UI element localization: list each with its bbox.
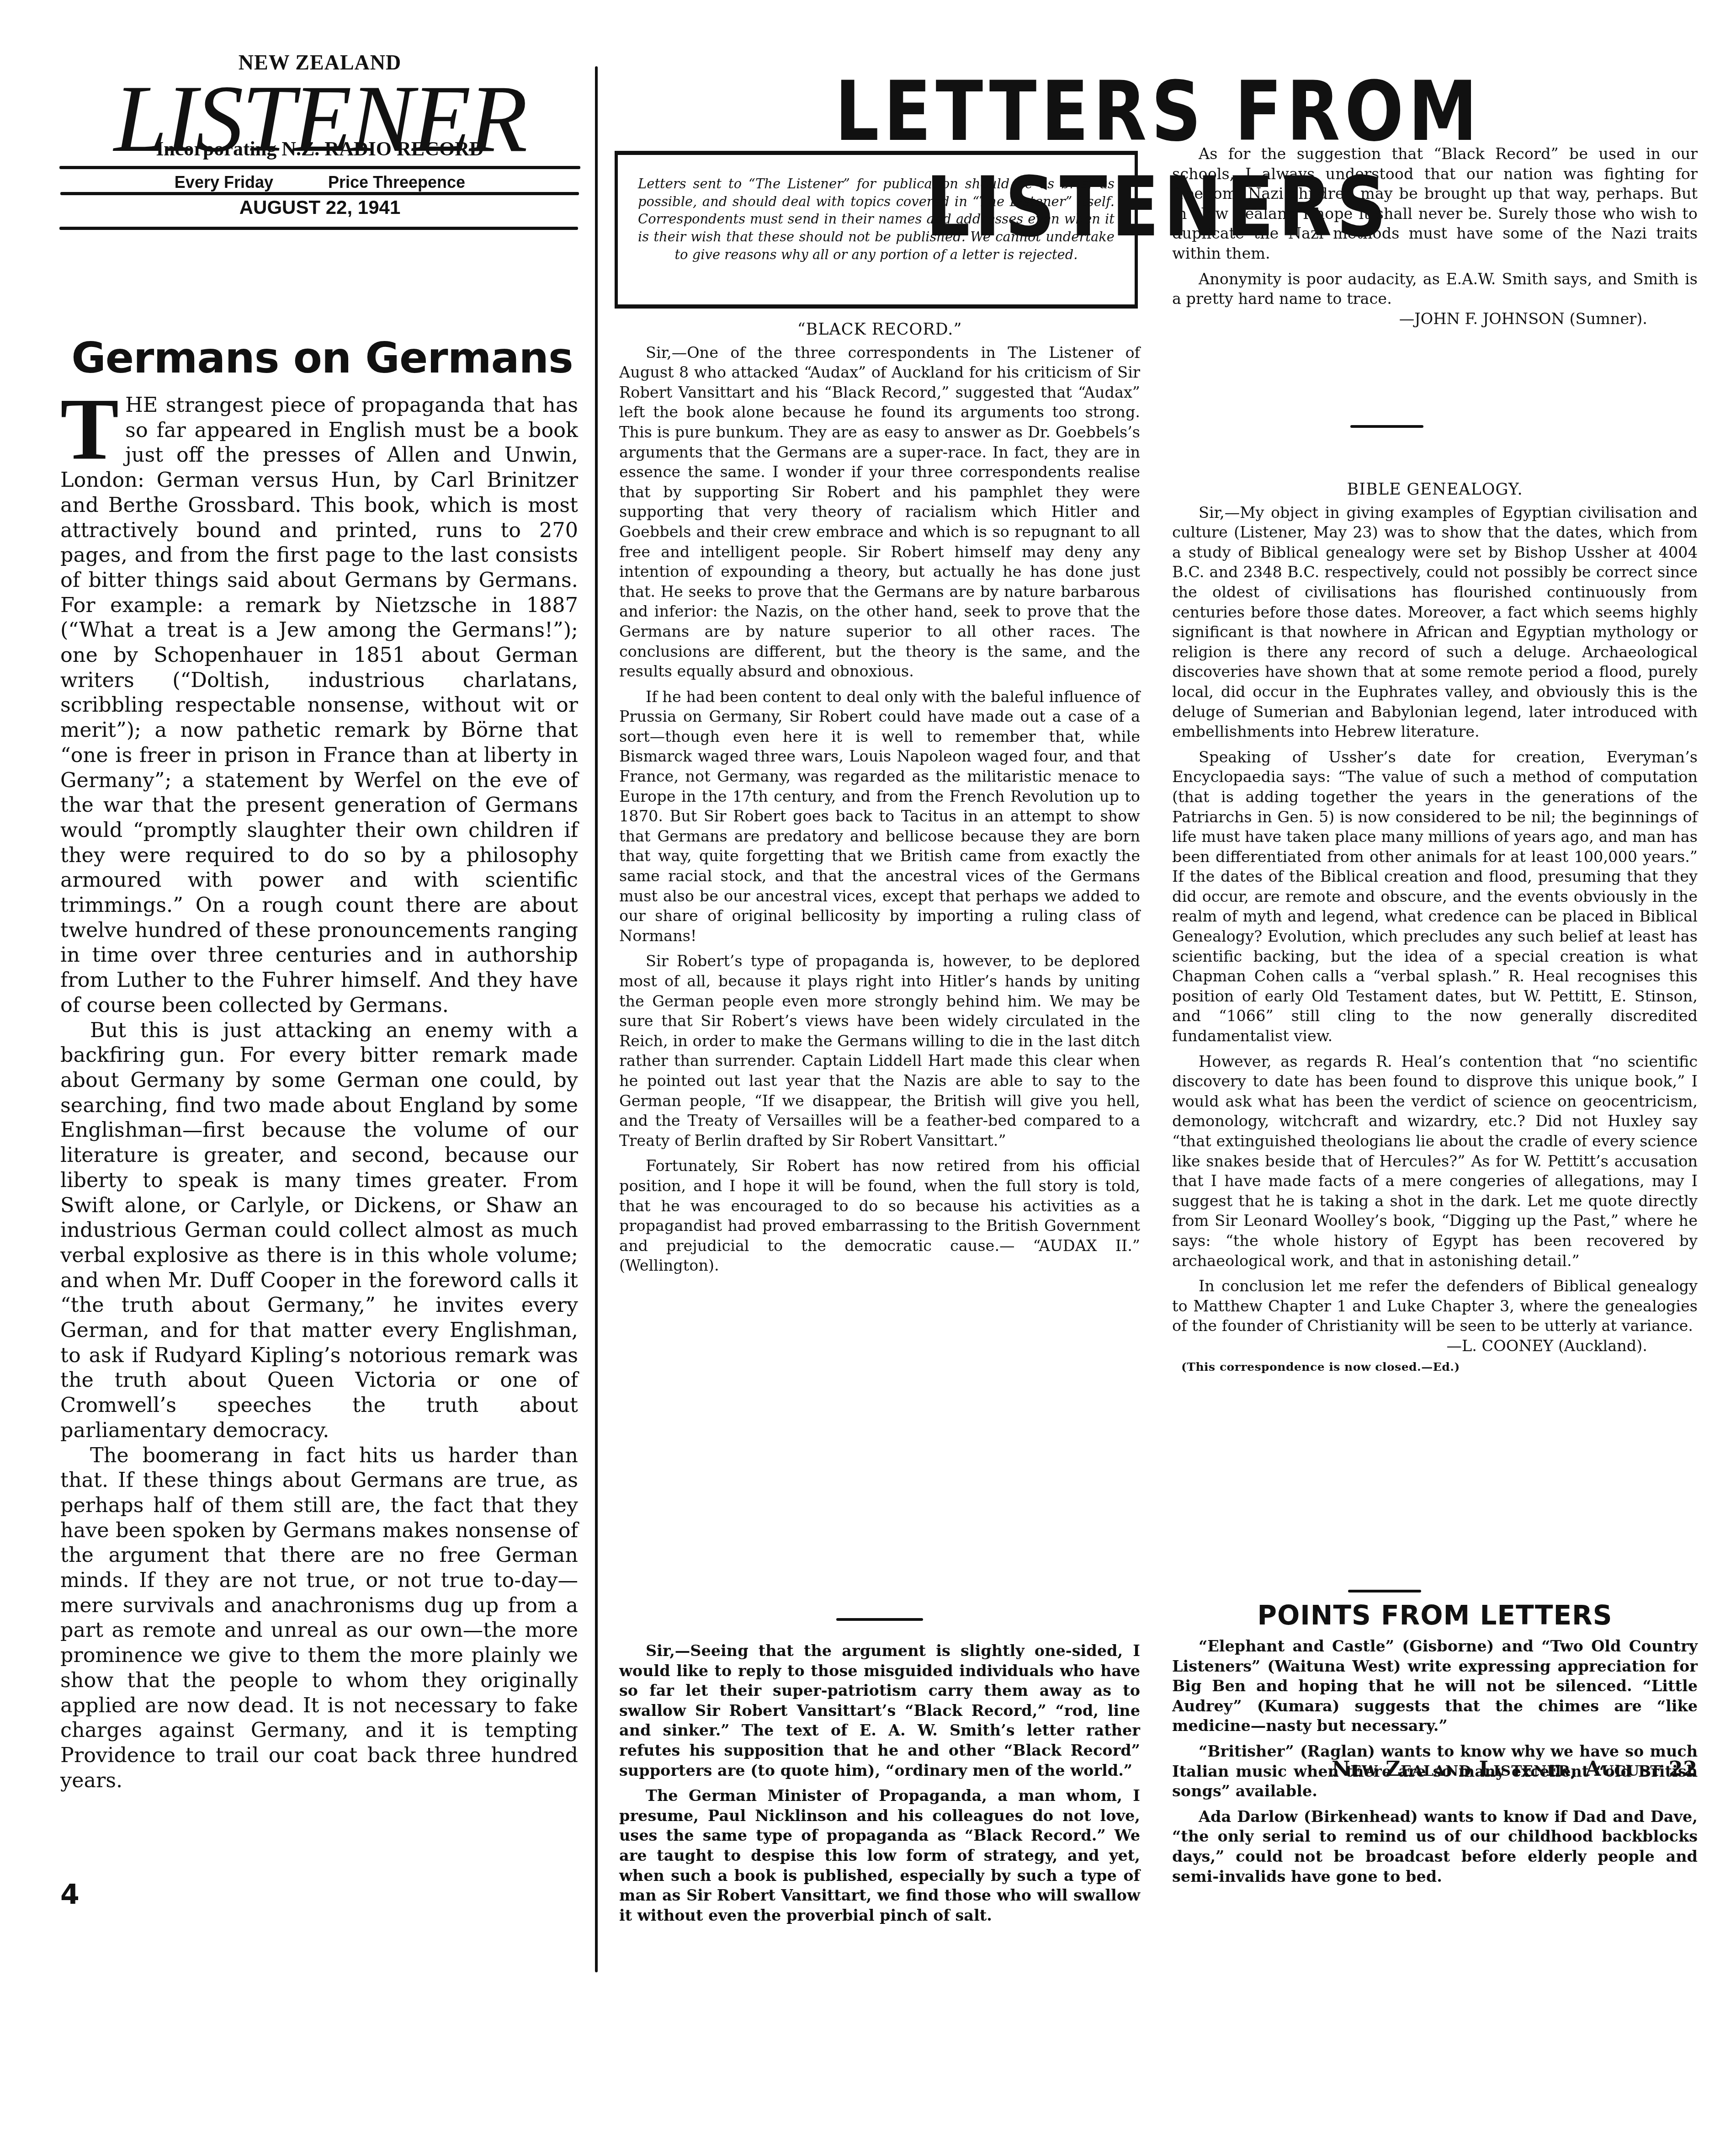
letter-signature: —L. COONEY (Auckland). <box>1172 1336 1698 1356</box>
point-paragraph: Ada Darlow (Birkenhead) wants to know if… <box>1172 1807 1698 1886</box>
editorial-paragraph-1: THE strangest piece of propaganda that h… <box>60 393 578 1018</box>
column-divider <box>595 66 598 1972</box>
masthead-price: Price Threepence <box>328 173 465 192</box>
letter-paragraph: As for the suggestion that “Black Record… <box>1172 144 1698 264</box>
letter-black-record-1: “BLACK RECORD.” Sir,—One of the three co… <box>619 320 1140 1281</box>
submission-notice-text: Letters sent to “The Listener” for publi… <box>638 175 1115 264</box>
letter-paragraph: Sir,—Seeing that the argument is slightl… <box>619 1641 1140 1780</box>
running-footer: New Zealand Listener, August 22 <box>1216 1758 1698 1781</box>
letter-black-record-2: Sir,—Seeing that the argument is slightl… <box>619 1641 1140 1931</box>
editorial-paragraph-3: The boomerang in fact hits us harder tha… <box>60 1443 578 1794</box>
point-paragraph: “Elephant and Castle” (Gisborne) and “Tw… <box>1172 1636 1698 1736</box>
letter-paragraph: Sir,—My object in giving examples of Egy… <box>1172 503 1698 742</box>
masthead-incorporating: Incorporating N.Z. RADIO RECORD <box>59 137 580 160</box>
letter-bible-genealogy: BIBLE GENEALOGY. Sir,—My object in givin… <box>1172 480 1698 1382</box>
masthead-rule-middle <box>60 192 579 195</box>
letter-paragraph: Sir,—One of the three correspondents in … <box>619 343 1140 682</box>
letter-paragraph: In conclusion let me refer the defenders… <box>1172 1276 1698 1336</box>
separator-rule <box>836 1618 923 1621</box>
page-number: 4 <box>60 1879 80 1911</box>
separator-rule <box>1350 425 1423 428</box>
editor-note: (This correspondence is now closed.—Ed.) <box>1172 1357 1698 1377</box>
letter-paragraph: If he had been content to deal only with… <box>619 687 1140 946</box>
letter-paragraph: Sir Robert’s type of propaganda is, howe… <box>619 951 1140 1150</box>
letter-paragraph: Anonymity is poor audacity, as E.A.W. Sm… <box>1172 269 1698 309</box>
section-heading-bible-genealogy: BIBLE GENEALOGY. <box>1172 480 1698 500</box>
letter-black-record-2-continued: As for the suggestion that “Black Record… <box>1172 144 1698 334</box>
letter-paragraph: Fortunately, Sir Robert has now retired … <box>619 1156 1140 1276</box>
editorial-paragraph-2: But this is just attacking an enemy with… <box>60 1018 578 1443</box>
letter-paragraph: The German Minister of Propaganda, a man… <box>619 1786 1140 1925</box>
letter-paragraph: However, as regards R. Heal’s contention… <box>1172 1052 1698 1271</box>
masthead-rule-bottom <box>59 227 578 230</box>
letter-signature: —JOHN F. JOHNSON (Sumner). <box>1172 309 1698 329</box>
editorial-body: THE strangest piece of propaganda that h… <box>60 393 578 1793</box>
separator-rule <box>1348 1590 1421 1592</box>
drop-cap: T <box>60 395 119 463</box>
section-heading-black-record: “BLACK RECORD.” <box>619 320 1140 340</box>
submission-notice-box: Letters sent to “The Listener” for publi… <box>615 151 1138 309</box>
masthead-frequency: Every Friday <box>175 173 273 192</box>
editorial-title: Germans on Germans <box>69 334 576 383</box>
masthead-rule-top <box>59 166 580 169</box>
masthead-meta: Every Friday Price Threepence <box>59 173 580 192</box>
points-from-letters-heading: POINTS FROM LETTERS <box>1172 1600 1698 1631</box>
masthead-date: AUGUST 22, 1941 <box>59 197 580 218</box>
letter-paragraph: Speaking of Ussher’s date for creation, … <box>1172 747 1698 1046</box>
